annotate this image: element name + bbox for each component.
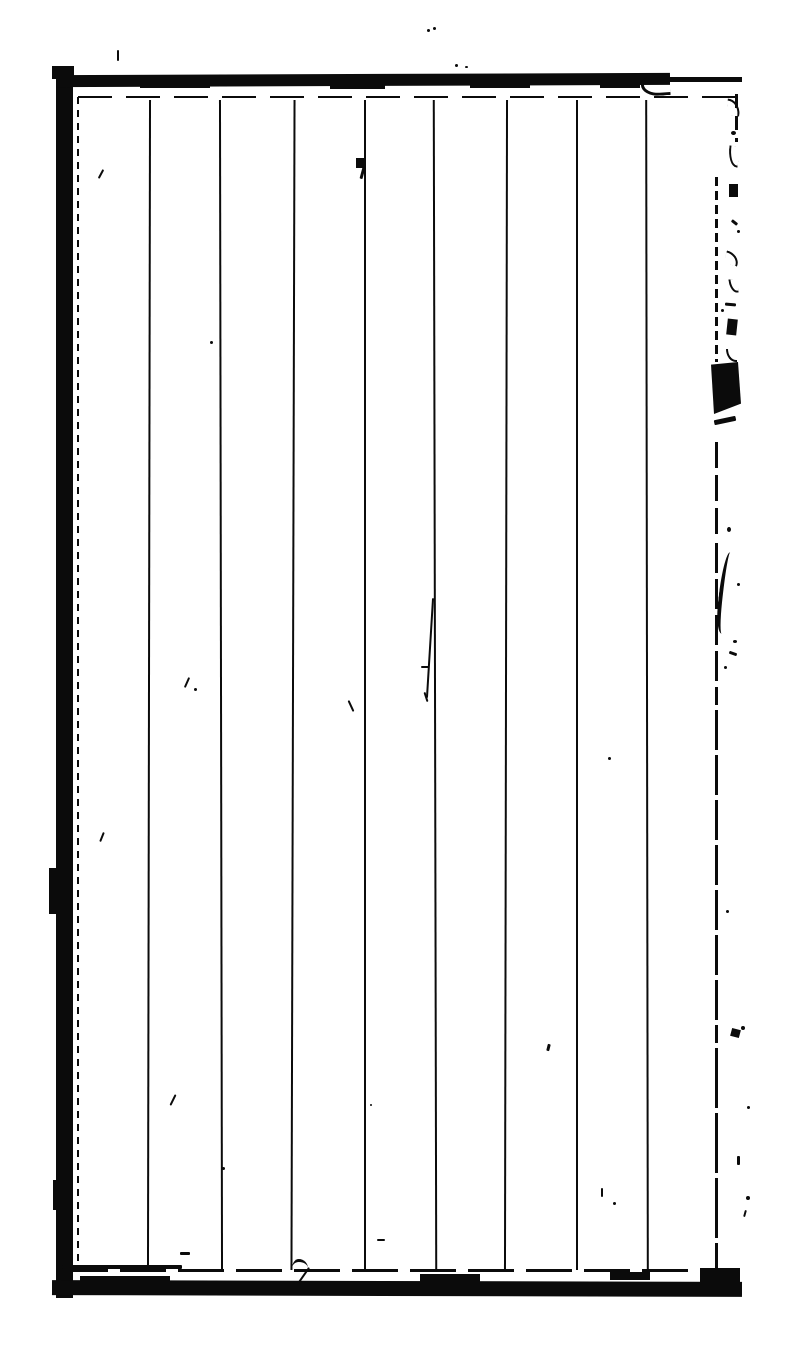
edge-fragment [726, 98, 740, 116]
fold-line [715, 710, 718, 1043]
border-rough [420, 1274, 480, 1282]
ink-speck [98, 169, 104, 179]
edge-fragment [727, 145, 741, 167]
ink-speck [465, 66, 468, 68]
ink-speck [370, 1104, 372, 1106]
edge-fragment [726, 910, 729, 913]
edge-fragment [729, 651, 738, 657]
ink-speck [184, 677, 190, 688]
border-rough [470, 80, 530, 88]
edge-fragment [726, 349, 737, 362]
ink-speck [613, 1202, 616, 1205]
border-rough [140, 79, 210, 88]
ink-speck [455, 64, 458, 67]
edge-fragment [724, 666, 727, 669]
edge-fragment [721, 309, 724, 312]
column-rule [147, 100, 151, 1270]
ink-speck [546, 1044, 551, 1052]
fold-line [715, 177, 718, 362]
border-rough [600, 81, 640, 88]
book-scan-page [0, 0, 792, 1358]
edge-fragment [725, 303, 736, 307]
border-rough [62, 1265, 182, 1269]
frame-left-border [56, 66, 73, 1298]
edge-fragment [737, 230, 740, 233]
ink-speck [210, 341, 213, 344]
border-rough [80, 1276, 170, 1284]
column-rule [219, 100, 223, 1270]
frame-corner-cap-top-left [52, 66, 74, 79]
edge-fragment [731, 219, 738, 226]
fold-line [715, 1048, 718, 1268]
edge-fragment [729, 184, 738, 197]
border-rough [49, 868, 61, 914]
edge-fragment [726, 319, 738, 336]
fold-fishtail-tail [714, 416, 737, 425]
edge-fragment [715, 551, 737, 634]
edge-fragment [743, 1210, 747, 1217]
edge-fragment [730, 1028, 741, 1038]
edge-fragment [731, 131, 736, 135]
ink-speck [601, 1188, 603, 1197]
edge-fragment [737, 1156, 740, 1165]
ink-speck [427, 29, 430, 32]
ink-speck [99, 832, 105, 842]
ink-speck [169, 1094, 176, 1106]
frame-corner-blob-bottom-right [700, 1268, 740, 1295]
column-rule [364, 100, 366, 1270]
ink-speck [222, 1167, 225, 1170]
ink-speck [194, 688, 197, 691]
inner-top-line [78, 96, 738, 98]
column-rule [576, 100, 578, 1270]
ink-speck [117, 50, 119, 61]
edge-fragment [746, 1196, 750, 1200]
top-right-hook [640, 76, 670, 97]
edge-fragment [733, 640, 737, 643]
column-rule [290, 100, 295, 1270]
ink-speck [180, 1252, 190, 1255]
edge-fragment [727, 527, 731, 532]
fold-fishtail-wedge [711, 362, 741, 414]
edge-fragment [737, 583, 740, 586]
ink-speck [433, 27, 436, 30]
edge-fragment [741, 1026, 745, 1030]
inner-right-dashes [735, 94, 738, 142]
border-rough [53, 1180, 61, 1210]
edge-fragment [747, 1106, 750, 1109]
column-rule [433, 100, 437, 1270]
column-rule [504, 100, 508, 1270]
edge-fragment [724, 250, 741, 266]
ink-speck [421, 666, 429, 668]
ink-speck [348, 700, 355, 712]
ink-speck [377, 1239, 385, 1241]
border-rough [330, 82, 385, 89]
border-rough [610, 1272, 650, 1280]
rule-fork [426, 598, 434, 698]
frame-top-border-thin [660, 77, 742, 82]
inner-left-line [77, 97, 79, 1269]
ink-speck [608, 757, 611, 760]
fold-line [715, 442, 718, 538]
edge-fragment [728, 279, 738, 294]
column-rule [645, 100, 649, 1270]
